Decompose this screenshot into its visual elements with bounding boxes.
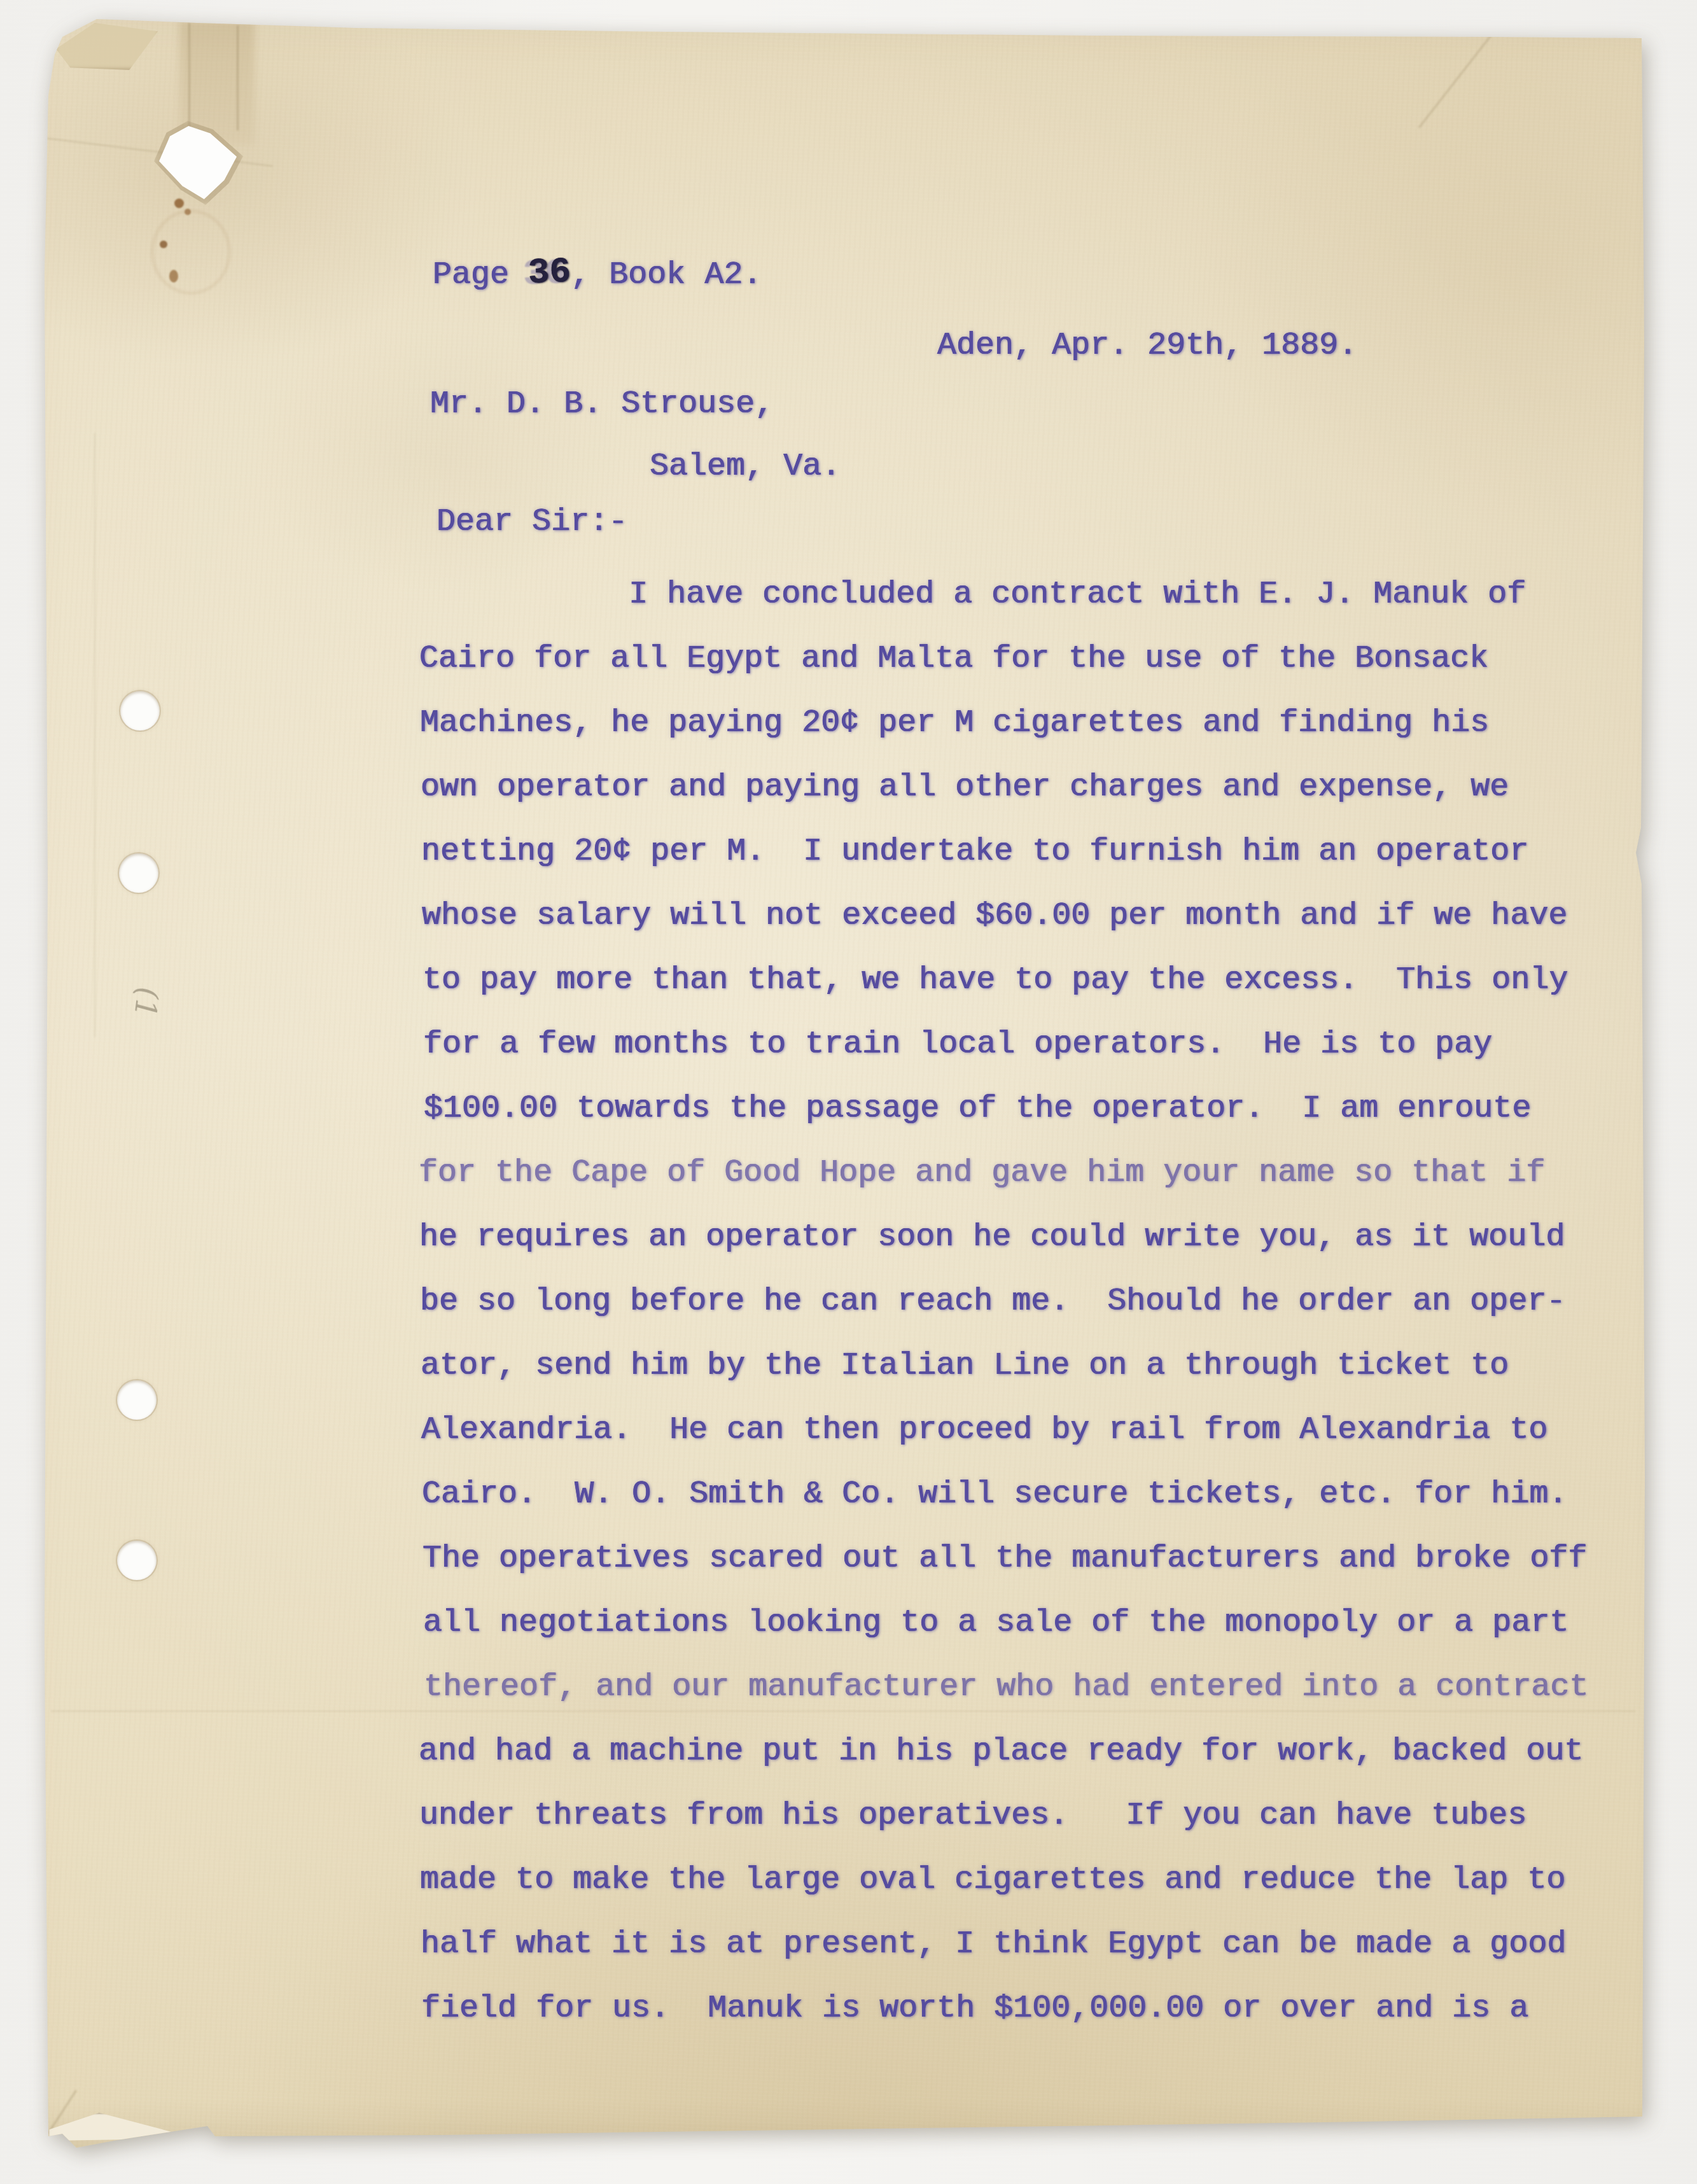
letter-page-wrapper: Page 36, Book A2. Aden, Apr. 29th, 1889.… <box>0 0 1697 2184</box>
rust-stain <box>160 241 167 248</box>
rust-stain <box>169 270 178 283</box>
typed-line: field for us. Manuk is worth $100,000.00… <box>421 1977 1588 2041</box>
typed-line: I have concluded a contract with E. J. M… <box>419 563 1588 627</box>
pencil-annotation: (1 <box>127 983 164 1022</box>
typed-line: $100.00 towards the passage of the opera… <box>424 1077 1588 1141</box>
handwritten-page-number: 36 <box>527 251 571 293</box>
salutation: Dear Sir:- <box>436 504 627 540</box>
typed-line: Alexandria. He can then proceed by rail … <box>421 1398 1588 1462</box>
page-header-suffix: , Book A2. <box>571 257 762 293</box>
page-header-prefix: Page <box>433 257 528 293</box>
punch-hole <box>117 1541 157 1580</box>
typed-line: Machines, he paying 20¢ per M cigarettes… <box>420 691 1588 755</box>
typed-line: own operator and paying all other charge… <box>421 755 1588 820</box>
page-header: Page 36, Book A2. <box>433 253 762 294</box>
folded-corner <box>49 2113 197 2141</box>
typed-line: thereof, and our manufacturer who had en… <box>424 1655 1588 1719</box>
typed-line: Cairo. W. O. Smith & Co. will secure tic… <box>422 1462 1588 1527</box>
typed-line: ator, send him by the Italian Line on a … <box>421 1334 1588 1398</box>
typed-line: for the Cape of Good Hope and gave him y… <box>419 1141 1588 1205</box>
crease-line <box>1418 27 1498 128</box>
punch-hole <box>119 853 158 893</box>
letter-page: Page 36, Book A2. Aden, Apr. 29th, 1889.… <box>0 0 1697 2184</box>
torn-corner-flap <box>56 23 158 70</box>
dateline: Aden, Apr. 29th, 1889. <box>937 328 1357 364</box>
rust-stain <box>174 199 184 208</box>
crease-line <box>237 25 239 130</box>
punch-hole <box>120 691 160 731</box>
typed-line: and had a machine put in his place ready… <box>419 1719 1588 1784</box>
typed-line: Cairo for all Egypt and Malta for the us… <box>419 627 1588 691</box>
typed-line: netting 20¢ per M. I undertake to furnis… <box>421 820 1588 884</box>
typed-line: to pay more than that, we have to pay th… <box>423 948 1588 1012</box>
typed-line: made to make the large oval cigarettes a… <box>420 1848 1588 1912</box>
crease-line <box>188 23 190 131</box>
typed-line: he requires an operator soon he could wr… <box>419 1205 1588 1270</box>
typed-line: half what it is at present, I think Egyp… <box>421 1912 1588 1977</box>
rust-stain <box>185 209 191 215</box>
recipient-address: Salem, Va. <box>650 449 841 485</box>
scan-backdrop: { "page": { "header": { "prefix": "Page … <box>0 0 1697 2184</box>
punch-hole <box>117 1380 157 1420</box>
recipient-name: Mr. D. B. Strouse, <box>430 386 774 423</box>
typed-line: whose salary will not exceed $60.00 per … <box>422 884 1588 948</box>
crease-line <box>94 433 95 1037</box>
letter-body: I have concluded a contract with E. J. M… <box>421 563 1588 2041</box>
typed-line: The operatives scared out all the manufa… <box>423 1527 1588 1591</box>
typed-line: all negotiations looking to a sale of th… <box>423 1591 1588 1655</box>
typed-line: under threats from his operatives. If yo… <box>419 1784 1588 1848</box>
typed-line: be so long before he can reach me. Shoul… <box>420 1270 1588 1334</box>
rust-stain-ring <box>151 210 230 294</box>
typed-line: for a few months to train local operator… <box>423 1012 1588 1077</box>
